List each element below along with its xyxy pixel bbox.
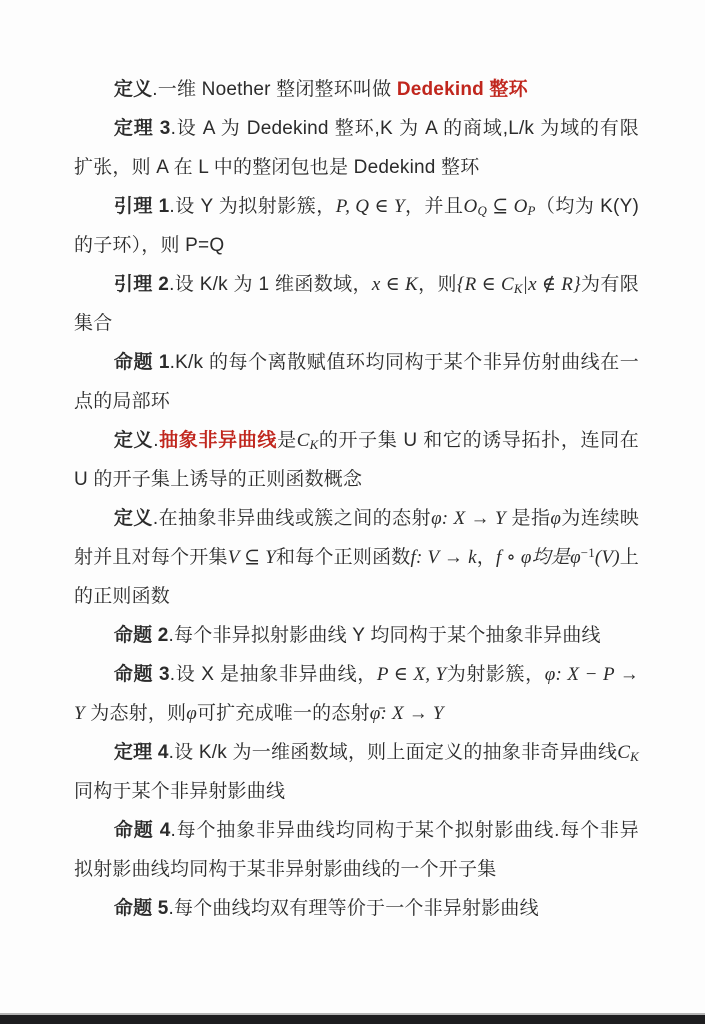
paragraph: 定义.在抽象非异曲线或簇之间的态射φ: X → Y 是指φ为连续映射并且对每个开… xyxy=(74,499,639,616)
paragraph: 引理 2.设 K/k 为 1 维函数域，x ∈ K，则{R ∈ CK|x ∉ R… xyxy=(74,265,639,343)
text-segment: P ∈ X, Y xyxy=(377,664,446,685)
text-segment: 抽象非异曲线 xyxy=(159,430,277,451)
text-segment: C xyxy=(617,742,630,763)
document-content: 定义.一维 Noether 整闭整环叫做 Dedekind 整环定理 3.设 A… xyxy=(0,0,705,928)
text-segment: .在抽象非异曲线或簇之间的态射 xyxy=(153,508,431,529)
text-segment: 定理 3 xyxy=(114,118,171,139)
text-segment: 命题 3 xyxy=(114,664,170,685)
paragraph: 命题 4.每个抽象非异曲线均同构于某个拟射影曲线.每个非异拟射影曲线均同构于某非… xyxy=(74,811,639,889)
text-segment: {R ∈ C xyxy=(457,274,514,295)
text-segment: 定义 xyxy=(114,430,153,451)
text-segment: 定义 xyxy=(114,79,152,100)
text-segment: 是指 xyxy=(506,508,551,529)
text-segment: 可扩充成唯一的态射 xyxy=(197,703,370,724)
text-segment: f: V → k xyxy=(411,547,477,568)
text-segment: φ̄: X → Y xyxy=(370,703,444,724)
text-segment: ⊆ O xyxy=(487,196,528,217)
paragraph: 命题 1.K/k 的每个离散赋值环均同构于某个非异仿射曲线在一点的局部环 xyxy=(74,343,639,421)
text-segment: .设 K/k 为一维函数域，则上面定义的抽象非奇异曲线 xyxy=(169,742,618,763)
text-segment: Dedekind 整环 xyxy=(397,79,528,100)
text-segment: .设 Y 为拟射影簇， xyxy=(169,196,335,217)
text-segment: .设 K/k 为 1 维函数域， xyxy=(169,274,372,295)
text-segment: .每个非异拟射影曲线 Y 均同构于某个抽象非异曲线 xyxy=(169,625,601,646)
text-segment: (V) xyxy=(595,547,620,568)
text-segment: P, Q ∈ Y xyxy=(336,196,405,217)
text-segment: V ⊆ Y xyxy=(228,547,276,568)
text-segment: 是 xyxy=(277,430,297,451)
paragraph: 定理 3.设 A 为 Dedekind 整环,K 为 A 的商域,L/k 为域的… xyxy=(74,109,639,187)
text-segment: .设 X 是抽象非异曲线， xyxy=(170,664,377,685)
text-segment: P xyxy=(528,203,536,218)
text-segment: 命题 1 xyxy=(114,352,170,373)
paragraph: 定义.抽象非异曲线是CK的开子集 U 和它的诱导拓扑，连同在 U 的开子集上诱导… xyxy=(74,421,639,499)
text-segment: φ xyxy=(570,547,581,568)
text-segment: 同构于某个非异射影曲线 xyxy=(74,781,285,802)
text-segment: K xyxy=(514,281,523,296)
text-segment: −1 xyxy=(581,545,595,560)
text-segment: φ xyxy=(550,508,561,529)
text-segment: x ∈ K xyxy=(372,274,418,295)
text-segment: K xyxy=(630,749,639,764)
paragraph: 引理 1.设 Y 为拟射影簇，P, Q ∈ Y，并且OQ ⊆ OP（均为 K(Y… xyxy=(74,187,639,265)
paragraph: 定理 4.设 K/k 为一维函数域，则上面定义的抽象非奇异曲线CK同构于某个非异… xyxy=(74,733,639,811)
text-segment: ，并且 xyxy=(405,196,464,217)
text-segment: 定义 xyxy=(114,508,153,529)
paragraph: 命题 3.设 X 是抽象非异曲线，P ∈ X, Y为射影簇，φ: X − P →… xyxy=(74,655,639,733)
text-segment: 引理 1 xyxy=(114,196,170,217)
text-segment: 为射影簇， xyxy=(446,664,545,685)
text-segment: f ∘ φ xyxy=(496,547,532,568)
text-segment: 和每个正则函数 xyxy=(276,547,411,568)
paragraph: 命题 5.每个曲线均双有理等价于一个非异射影曲线 xyxy=(74,889,639,928)
text-segment: 引理 2 xyxy=(114,274,169,295)
document-page: 定义.一维 Noether 整闭整环叫做 Dedekind 整环定理 3.设 A… xyxy=(0,0,705,1024)
text-segment: φ: X → Y xyxy=(431,508,506,529)
text-segment: φ xyxy=(186,703,197,724)
text-segment: 命题 4 xyxy=(114,820,171,841)
paragraph: 定义.一维 Noether 整闭整环叫做 Dedekind 整环 xyxy=(74,70,639,109)
paragraph: 命题 2.每个非异拟射影曲线 Y 均同构于某个抽象非异曲线 xyxy=(74,616,639,655)
text-segment: .每个曲线均双有理等价于一个非异射影曲线 xyxy=(169,898,539,919)
text-segment: ，则 xyxy=(418,274,457,295)
text-segment: 为态射，则 xyxy=(85,703,186,724)
text-segment: .一维 Noether 整闭整环叫做 xyxy=(152,79,397,100)
text-segment: 均是 xyxy=(532,547,570,568)
text-segment: O xyxy=(464,196,478,217)
text-segment: 命题 2 xyxy=(114,625,169,646)
bottom-bar xyxy=(0,1013,705,1024)
text-segment: 定理 4 xyxy=(114,742,169,763)
text-segment: |x ∉ R} xyxy=(523,274,581,295)
text-segment: ， xyxy=(477,547,496,568)
text-segment: 命题 5 xyxy=(114,898,169,919)
text-segment: C xyxy=(297,430,310,451)
text-segment: Q xyxy=(477,203,487,218)
